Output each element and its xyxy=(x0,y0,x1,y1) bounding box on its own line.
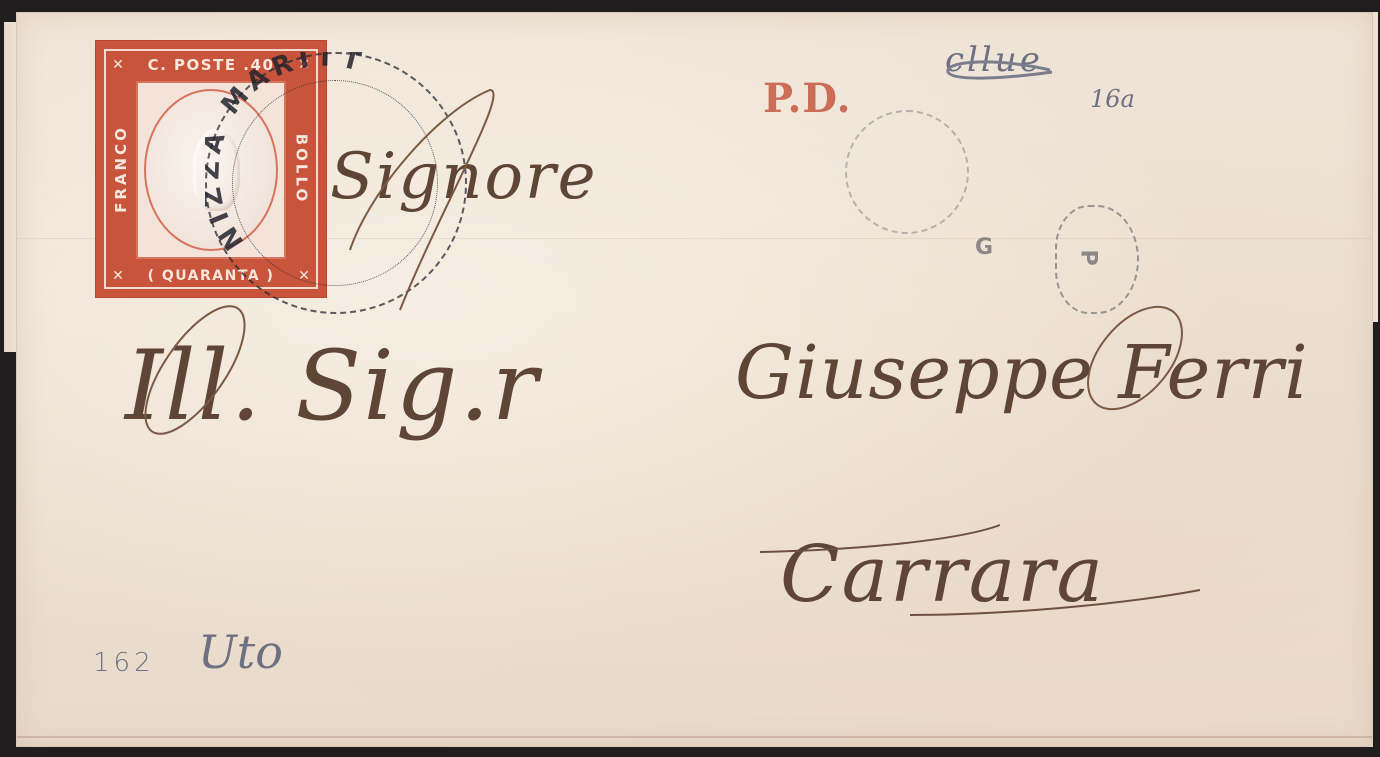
corner-ornament-icon: ✕ xyxy=(110,268,126,284)
salutation-flourish xyxy=(290,70,550,330)
pd-handstamp: P.D. xyxy=(763,75,852,122)
pencil-note-bottom: Uto xyxy=(198,625,283,679)
corner-ornament-icon: ✕ xyxy=(110,57,126,73)
faded-partial-postmark-text: P xyxy=(1076,249,1101,265)
prefix-flourish xyxy=(120,300,450,500)
city-underline-flourish xyxy=(740,520,1210,620)
stamp-left-label: FRANCO xyxy=(112,125,130,213)
pencil-catalog-number-top: 16a xyxy=(1090,85,1135,113)
faded-postmark xyxy=(845,110,969,234)
address-recipient-name: Giuseppe Ferri xyxy=(735,330,1309,416)
pencil-loop xyxy=(940,48,1060,88)
name-flourish xyxy=(1080,300,1200,430)
pencil-catalog-number-bottom: 162 xyxy=(93,648,155,678)
faded-postmark-text: G xyxy=(975,235,993,260)
stamp-left-text: FRANCO xyxy=(110,81,132,257)
